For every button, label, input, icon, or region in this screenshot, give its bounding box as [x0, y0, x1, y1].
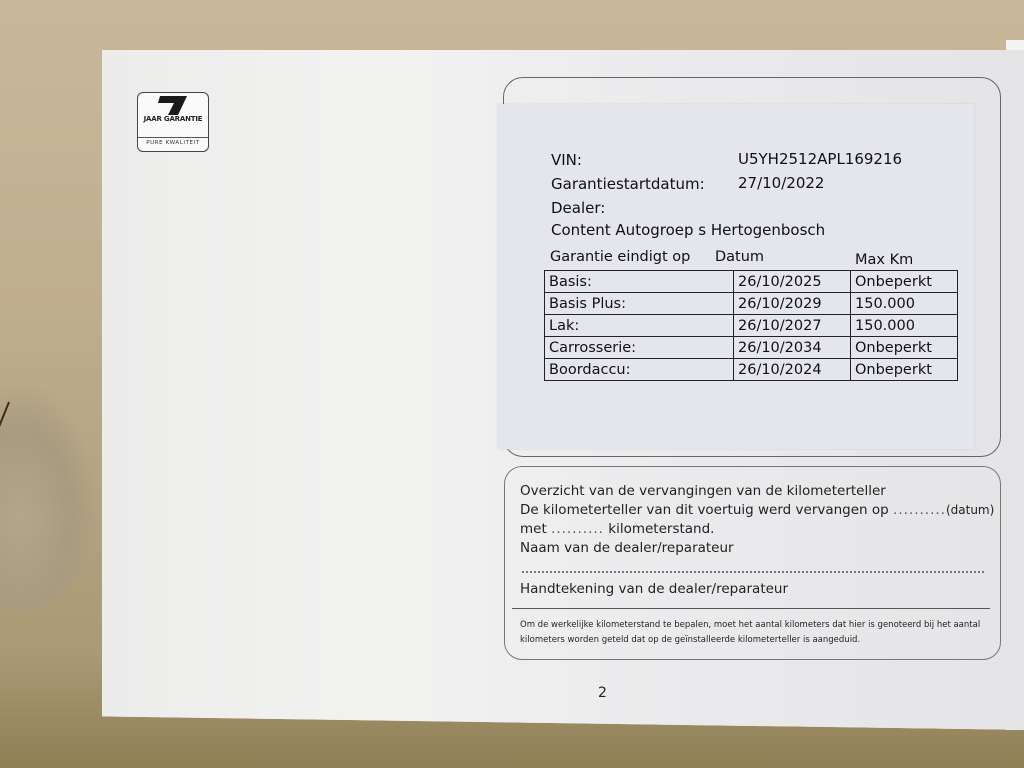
dealer-name-label: Naam van de dealer/reparateur	[520, 540, 734, 556]
page-number: 2	[598, 685, 607, 701]
warranty-table: Basis:26/10/2025OnbeperktBasis Plus:26/1…	[544, 270, 958, 381]
table-row: Carrosserie:26/10/2034Onbeperkt	[545, 337, 958, 359]
cell-date: 26/10/2034	[734, 337, 851, 359]
table-row: Basis Plus:26/10/2029150.000	[545, 293, 958, 315]
cell-max-km: Onbeperkt	[851, 337, 958, 359]
odometer-line2: met .......... kilometerstand.	[520, 521, 714, 537]
header-type: Garantie eindigt op	[550, 249, 690, 265]
dealer-value: Content Autogroep s Hertogenbosch	[551, 221, 825, 239]
cell-max-km: 150.000	[851, 315, 958, 337]
signature-label: Handtekening van de dealer/reparateur	[520, 581, 788, 597]
cell-date: 26/10/2024	[734, 359, 851, 381]
header-max-km: Max Km	[855, 252, 913, 268]
logo-subtitle: PURE KWALITEIT	[138, 140, 208, 146]
cell-max-km: 150.000	[851, 293, 958, 315]
warranty-logo: JAAR GARANTIE PURE KWALITEIT	[137, 92, 209, 152]
table-row: Basis:26/10/2025Onbeperkt	[545, 271, 958, 293]
table-row: Boordaccu:26/10/2024Onbeperkt	[545, 359, 958, 381]
cell-type: Boordaccu:	[545, 359, 734, 381]
cell-date: 26/10/2029	[734, 293, 851, 315]
wood-knot	[0, 380, 100, 610]
odometer-title: Overzicht van de vervangingen van de kil…	[520, 483, 886, 499]
cell-type: Lak:	[545, 315, 734, 337]
cell-type: Basis:	[545, 271, 734, 293]
cell-type: Carrosserie:	[545, 337, 734, 359]
start-date-label: Garantiestartdatum:	[551, 175, 705, 193]
cell-date: 26/10/2027	[734, 315, 851, 337]
note-line1: Om de werkelijke kilometerstand te bepal…	[520, 620, 980, 630]
date-blank: ..........	[893, 502, 946, 518]
cell-type: Basis Plus:	[545, 293, 734, 315]
cell-date: 26/10/2025	[734, 271, 851, 293]
cell-max-km: Onbeperkt	[851, 359, 958, 381]
signature-line	[512, 608, 990, 609]
start-date-value: 27/10/2022	[738, 174, 824, 192]
cell-max-km: Onbeperkt	[851, 271, 958, 293]
dealer-name-line	[522, 571, 984, 573]
vin-value: U5YH2512APL169216	[738, 150, 902, 168]
note-line2: kilometers worden geteld dat op de geïns…	[520, 635, 860, 645]
odometer-line1: De kilometerteller van dit voertuig werd…	[520, 502, 994, 518]
vin-label: VIN:	[551, 151, 582, 169]
table-row: Lak:26/10/2027150.000	[545, 315, 958, 337]
dealer-label: Dealer:	[551, 199, 605, 217]
header-date: Datum	[715, 249, 764, 265]
km-blank: ..........	[551, 521, 604, 537]
logo-title: JAAR GARANTIE	[138, 115, 208, 123]
